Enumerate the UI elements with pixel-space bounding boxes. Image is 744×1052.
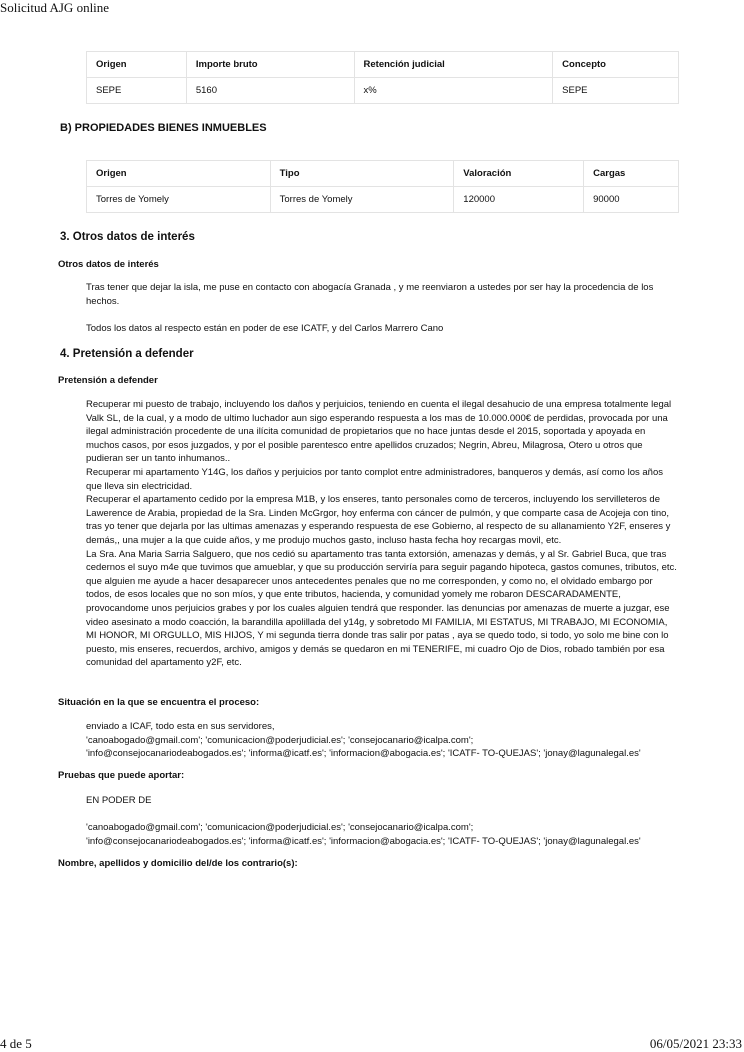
- paragraph: Recuperar mi apartamento Y14G, los daños…: [86, 466, 678, 493]
- table-cell: x%: [354, 78, 553, 104]
- column-header: Origen: [87, 161, 271, 187]
- column-header: Concepto: [553, 52, 679, 78]
- table-header-row: Origen Tipo Valoración Cargas: [87, 161, 679, 187]
- section-4-label: Pretensión a defender: [58, 375, 158, 386]
- paragraph: Tras tener que dejar la isla, me puse en…: [86, 281, 678, 308]
- contrarios-label: Nombre, apellidos y domicilio del/de los…: [58, 858, 298, 869]
- text-line: 'info@consejocanariodeabogados.es'; 'inf…: [86, 747, 726, 761]
- print-header-title: Solicitud AJG online: [0, 0, 109, 16]
- section-3-title: 3. Otros datos de interés: [60, 231, 195, 243]
- pretension-text: Recuperar mi puesto de trabajo, incluyen…: [86, 398, 678, 670]
- section-4-title: 4. Pretensión a defender: [60, 348, 194, 360]
- column-header: Valoración: [454, 161, 584, 187]
- text-line: 'canoabogado@gmail.com'; 'comunicacion@p…: [86, 734, 726, 748]
- table-cell: 90000: [584, 187, 679, 213]
- pruebas-label: Pruebas que puede aportar:: [58, 770, 184, 781]
- paragraph: Recuperar el apartamento cedido por la e…: [86, 493, 678, 547]
- paragraph: La Sra. Ana Maria Sarria Salguero, que n…: [86, 548, 678, 670]
- table-cell: 5160: [186, 78, 354, 104]
- income-table: Origen Importe bruto Retención judicial …: [86, 51, 679, 104]
- column-header: Importe bruto: [186, 52, 354, 78]
- table-cell: Torres de Yomely: [270, 187, 454, 213]
- text-line: 'canoabogado@gmail.com'; 'comunicacion@p…: [86, 821, 726, 835]
- table-header-row: Origen Importe bruto Retención judicial …: [87, 52, 679, 78]
- column-header: Retención judicial: [354, 52, 553, 78]
- pruebas-first-line: EN PODER DE: [86, 794, 726, 808]
- property-table: Origen Tipo Valoración Cargas Torres de …: [86, 160, 679, 213]
- table-cell: SEPE: [87, 78, 187, 104]
- section-b-title: B) PROPIEDADES BIENES INMUEBLES: [60, 122, 267, 134]
- situacion-text: enviado a ICAF, todo esta en sus servido…: [86, 720, 726, 761]
- text-line: 'info@consejocanariodeabogados.es'; 'inf…: [86, 835, 726, 849]
- table-cell: SEPE: [553, 78, 679, 104]
- table-cell: 120000: [454, 187, 584, 213]
- table-row: SEPE 5160 x% SEPE: [87, 78, 679, 104]
- text-line: enviado a ICAF, todo esta en sus servido…: [86, 720, 726, 734]
- section-3-label: Otros datos de interés: [58, 259, 159, 270]
- print-datetime: 06/05/2021 23:33: [650, 1036, 742, 1052]
- table-row: Torres de Yomely Torres de Yomely 120000…: [87, 187, 679, 213]
- table-cell: Torres de Yomely: [87, 187, 271, 213]
- column-header: Cargas: [584, 161, 679, 187]
- text-line: EN PODER DE: [86, 794, 726, 808]
- paragraph: Recuperar mi puesto de trabajo, incluyen…: [86, 398, 678, 466]
- situacion-label: Situación en la que se encuentra el proc…: [58, 697, 259, 708]
- section-3-paragraph: Todos los datos al respecto están en pod…: [86, 322, 678, 336]
- page-number: 4 de 5: [0, 1036, 32, 1052]
- column-header: Origen: [87, 52, 187, 78]
- section-3-paragraph: Tras tener que dejar la isla, me puse en…: [86, 281, 678, 308]
- pruebas-text: 'canoabogado@gmail.com'; 'comunicacion@p…: [86, 821, 726, 848]
- column-header: Tipo: [270, 161, 454, 187]
- paragraph: Todos los datos al respecto están en pod…: [86, 322, 678, 336]
